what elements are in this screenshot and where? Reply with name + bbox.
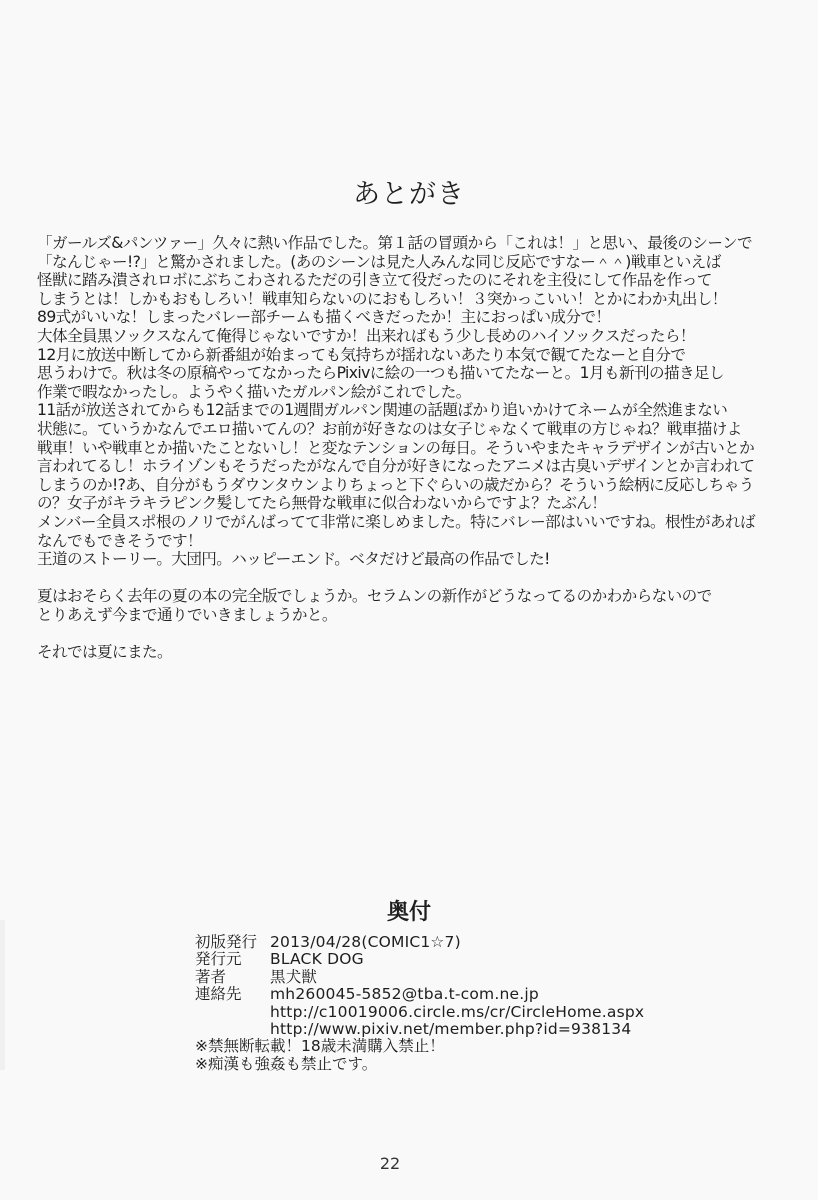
colophon-value: 黒犬獣 xyxy=(270,969,317,986)
colophon-row-contact-pixiv-url: http://www.pixiv.net/member.php?id=93813… xyxy=(195,1021,644,1038)
colophon-note: ※痴漢も強姦も禁止です。 xyxy=(195,1056,644,1073)
afterword-line: しまうのか!?あ、自分がもうダウンタウンよりちょっと下ぐらいの歳だから？そういう… xyxy=(37,476,817,495)
afterword-line: 王道のストーリー。大団円。ハッピーエンド。ベタだけど最高の作品でした! xyxy=(37,550,817,569)
colophon-row-first-edition: 初版発行 2013/04/28(COMIC1☆7) xyxy=(195,934,644,951)
afterword-line: 12月に放送中断してから新番組が始まっても気持ちが揺れないあたり本気で観てたなー… xyxy=(37,346,817,365)
contact-email: mh260045-5852@tba.t-com.ne.jp xyxy=(270,986,539,1003)
page-edge-shadow xyxy=(0,920,5,1070)
afterword-line: 怪獣に踏み潰されロボにぶちこわされるただの引き立て役だったのにそれを主役にして作… xyxy=(37,271,817,290)
colophon-title: 奥付 xyxy=(0,895,818,926)
afterword-line: とりあえず今まで通りでいきましょうかと。 xyxy=(37,606,817,625)
paragraph-gap xyxy=(37,624,817,643)
pixiv-url: http://www.pixiv.net/member.php?id=93813… xyxy=(270,1021,631,1038)
colophon-label xyxy=(195,1021,270,1038)
afterword-closing: それでは夏にまた。 xyxy=(37,643,817,662)
afterword-line: 作業で暇なかったし。ようやく描いたガルパン絵がこれでした。 xyxy=(37,383,817,402)
colophon-label: 発行元 xyxy=(195,951,270,968)
colophon-value: BLACK DOG xyxy=(270,951,364,968)
afterword-line: 「なんじゃー!?」と驚かされました。(あのシーンは見た人みんな同じ反応ですなー＾… xyxy=(37,253,817,272)
afterword-line: 状態に。ていうかなんでエロ描いてんの？お前が好きなのは女子じゃなくて戦車の方じゃ… xyxy=(37,420,817,439)
colophon-row-author: 著者 黒犬獣 xyxy=(195,969,644,986)
afterword-body: 「ガールズ&パンツァー」久々に熱い作品でした。第１話の冒頭から「これは！」と思い… xyxy=(37,234,817,662)
afterword-line: 「ガールズ&パンツァー」久々に熱い作品でした。第１話の冒頭から「これは！」と思い… xyxy=(37,234,817,253)
paragraph-gap xyxy=(37,569,817,588)
circle-url: http://c10019006.circle.ms/cr/CircleHome… xyxy=(270,1004,644,1021)
afterword-title: あとがき xyxy=(0,172,818,211)
afterword-line: 大体全員黒ソックスなんて俺得じゃないですか！出来ればもう少し長めのハイソックスだ… xyxy=(37,327,817,346)
afterword-line: 戦車！いや戦車とか描いたことないし！と変なテンションの毎日。そういやまたキャラデ… xyxy=(37,439,817,458)
page-number: 22 xyxy=(0,1154,780,1173)
colophon-label: 初版発行 xyxy=(195,934,270,951)
afterword-line: 言われてるし！ホライゾンもそうだったがなんで自分が好きになったアニメは古臭いデザ… xyxy=(37,457,817,476)
colophon-label: 著者 xyxy=(195,969,270,986)
colophon-label: 連絡先 xyxy=(195,986,270,1003)
afterword-line: しまうとは！しかもおもしろい！戦車知らないのにおもしろい！３突かっこいい！とかに… xyxy=(37,290,817,309)
colophon-row-contact-email: 連絡先 mh260045-5852@tba.t-com.ne.jp xyxy=(195,986,644,1003)
colophon: 初版発行 2013/04/28(COMIC1☆7) 発行元 BLACK DOG … xyxy=(195,934,644,1073)
colophon-note: ※禁無断転載！18歳未満購入禁止！ xyxy=(195,1038,644,1055)
afterword-line: 思うわけで。秋は冬の原稿やってなかったらPixivに絵の一つも描いてたなーと。1… xyxy=(37,364,817,383)
colophon-label xyxy=(195,1004,270,1021)
afterword-line: 89式がいいな！しまったバレー部チームも描くべきだったか！主におっぱい成分で！ xyxy=(37,308,817,327)
afterword-line: メンバー全員スポ根のノリでがんばってて非常に楽しめました。特にバレー部はいいです… xyxy=(37,513,817,532)
colophon-row-publisher: 発行元 BLACK DOG xyxy=(195,951,644,968)
colophon-row-contact-circle-url: http://c10019006.circle.ms/cr/CircleHome… xyxy=(195,1004,644,1021)
afterword-line: の？女子がキラキラピンク髪してたら無骨な戦車に似合わないからですよ？たぶん！ xyxy=(37,494,817,513)
afterword-line: 夏はおそらく去年の夏の本の完全版でしょうか。セラムンの新作がどうなってるのかわか… xyxy=(37,587,817,606)
colophon-value: 2013/04/28(COMIC1☆7) xyxy=(270,934,461,951)
afterword-line: 11話が放送されてからも12話までの1週間ガルパン関連の話題ばかり追いかけてネー… xyxy=(37,401,817,420)
afterword-line: なんでもできそうです！ xyxy=(37,532,817,551)
